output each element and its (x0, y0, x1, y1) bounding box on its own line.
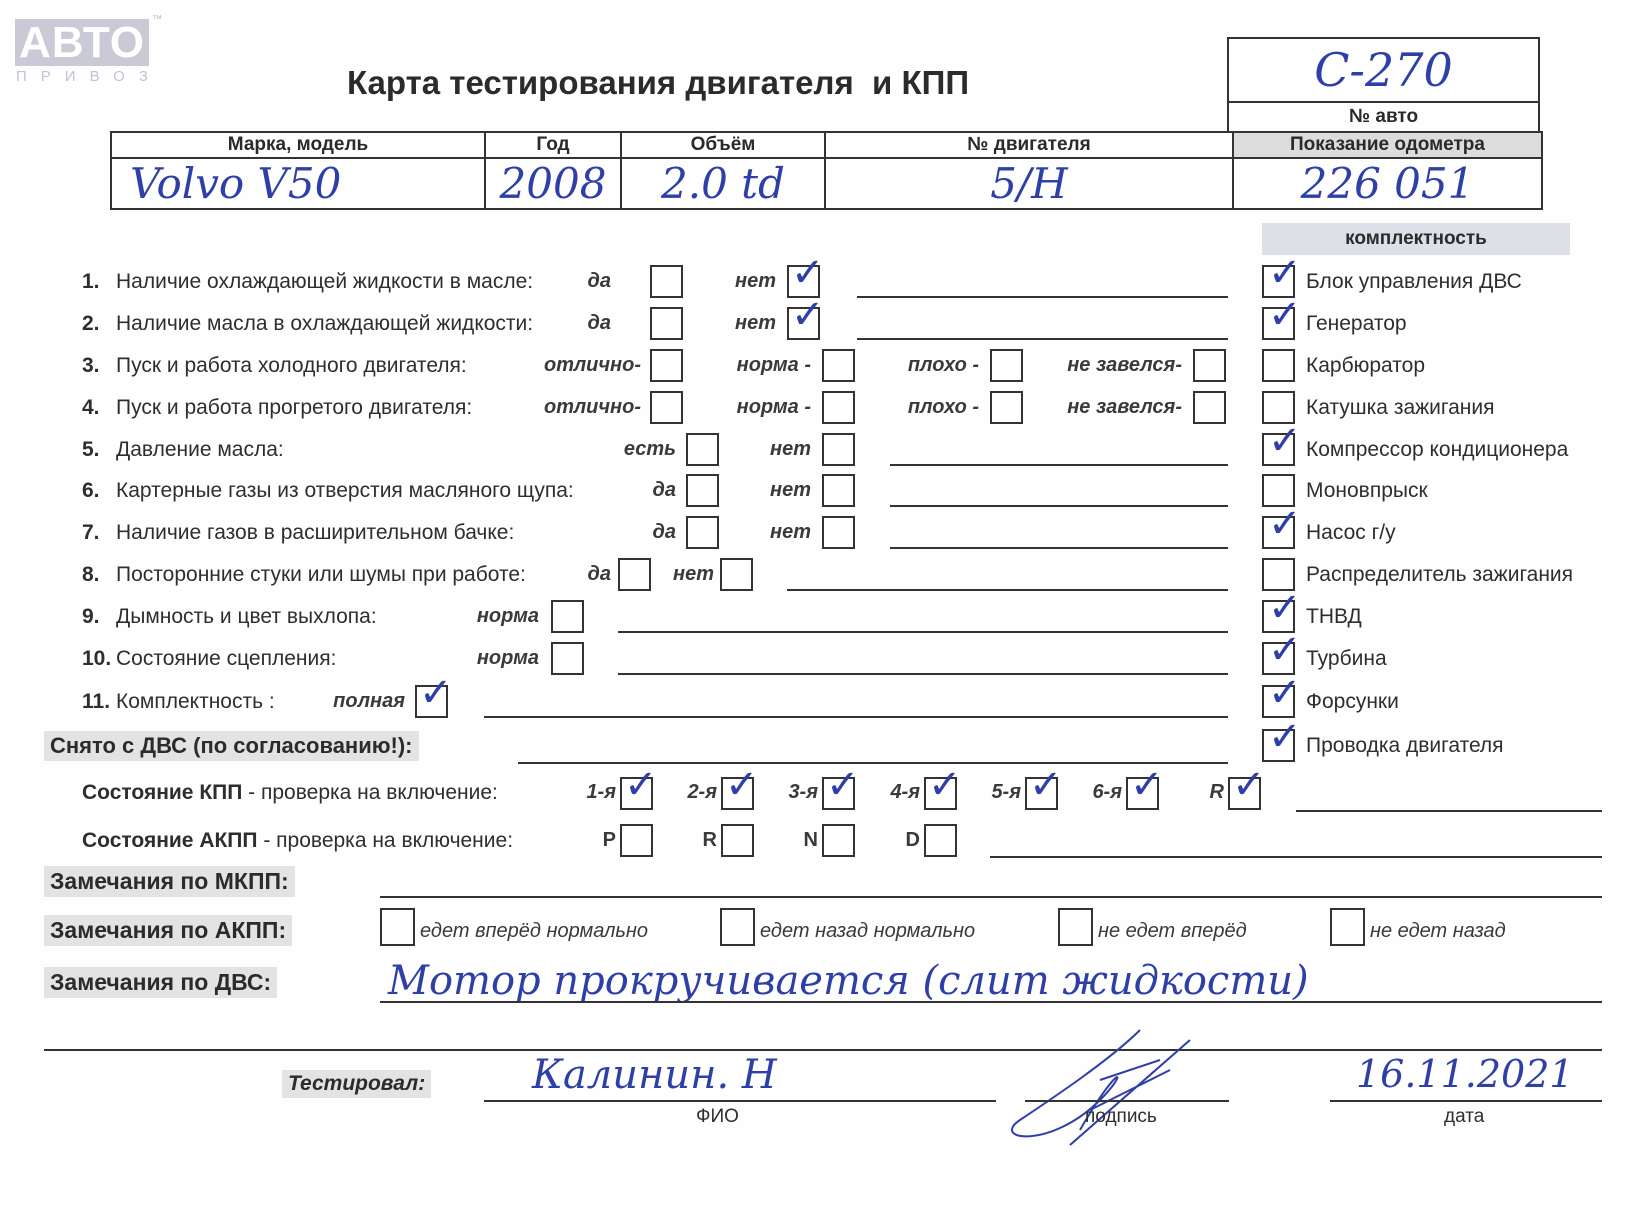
check-mark-icon: ✓ (1268, 717, 1302, 757)
gear-checkbox[interactable]: ✓ (1025, 777, 1058, 810)
gear-checkbox[interactable]: ✓ (822, 777, 855, 810)
option-checkbox[interactable] (686, 474, 719, 507)
gear-checkbox[interactable]: ✓ (620, 777, 653, 810)
vehicle-info-table: Марка, модель Год Объём № двигателя Пока… (110, 131, 1543, 210)
check-mark-icon: ✓ (1130, 765, 1164, 805)
question-row: 4.Пуск и работа прогретого двигателя: (82, 396, 472, 420)
option-checkbox[interactable] (1193, 391, 1226, 424)
check-mark-icon: ✓ (826, 765, 860, 805)
option-checkbox[interactable] (822, 391, 855, 424)
check-mark-icon: ✓ (1268, 295, 1302, 335)
option-checkbox[interactable] (990, 391, 1023, 424)
completeness-item: Блок управления ДВС (1306, 270, 1522, 294)
option-checkbox[interactable] (822, 433, 855, 466)
completeness-item: Турбина (1306, 647, 1387, 671)
question-number: 4. (82, 396, 116, 420)
gear-label: 4-я (890, 781, 920, 804)
completeness-checkbox[interactable]: ✓ (1262, 516, 1295, 549)
signature-caption: подпись (1085, 1106, 1157, 1128)
completeness-item: Форсунки (1306, 690, 1399, 714)
completeness-checkbox[interactable] (1262, 349, 1295, 382)
option-label: плохо - (908, 354, 979, 377)
option-label: норма - (737, 396, 811, 419)
test-date[interactable]: 16.11.2021 (1356, 1052, 1574, 1096)
option-label: норма - (737, 354, 811, 377)
kpp-line[interactable] (1296, 810, 1602, 812)
question-text: Наличие масла в охлаждающей жидкости: (116, 312, 533, 335)
notes-line[interactable] (618, 673, 1228, 675)
question-row: 5.Давление масла: (82, 438, 284, 462)
check-mark-icon: ✓ (1268, 673, 1302, 713)
question-number: 5. (82, 438, 116, 462)
option-label: отлично- (544, 354, 641, 377)
option-label: нет (770, 521, 811, 544)
akpp-gear-label: D (906, 829, 920, 852)
akpp-remark-label: едет вперёд нормально (420, 920, 648, 943)
akpp-remarks-label: Замечания по АКПП: (44, 915, 292, 946)
signature-line (1025, 1100, 1229, 1102)
notes-line[interactable] (857, 338, 1228, 340)
option-label: да (653, 521, 677, 544)
akpp-gear-checkbox[interactable] (721, 824, 754, 857)
tested-label: Тестировал: (282, 1070, 431, 1098)
odometer-header: Показание одометра (1233, 132, 1542, 158)
completeness-item: Проводка двигателя (1306, 734, 1504, 758)
make-model-header: Марка, модель (111, 132, 485, 158)
completeness-item: Моновпрыск (1306, 479, 1428, 503)
option-checkbox[interactable] (822, 349, 855, 382)
completeness-item: Компрессор кондиционера (1306, 438, 1568, 462)
logo: АВТО (15, 19, 149, 66)
question-number: 11. (82, 690, 116, 714)
gear-checkbox[interactable]: ✓ (1126, 777, 1159, 810)
volume-header: Объём (621, 132, 825, 158)
signature[interactable] (990, 1020, 1220, 1150)
gear-label: 2-я (687, 781, 717, 804)
option-label: не завелся- (1067, 354, 1182, 377)
question-row: 6.Картерные газы из отверстия масляного … (82, 479, 574, 503)
logo-tm: ™ (152, 14, 162, 25)
odometer-value[interactable]: 226 051 (1233, 158, 1542, 209)
gear-label: 1-я (586, 781, 616, 804)
check-mark-icon: ✓ (791, 253, 825, 293)
page-title: Карта тестирования двигателя и КПП (347, 64, 969, 102)
option-checkbox[interactable] (551, 600, 584, 633)
notes-line[interactable] (484, 716, 1228, 718)
engine-number-value[interactable]: 5/H (825, 158, 1233, 209)
check-mark-icon: ✓ (791, 295, 825, 335)
notes-line[interactable] (618, 631, 1228, 633)
akpp-gear-label: N (804, 829, 818, 852)
removed-label: Снято с ДВС (по согласованию!): (44, 731, 419, 761)
question-number: 8. (82, 563, 116, 587)
question-number: 10. (82, 647, 116, 671)
akpp-label: Состояние АКПП - проверка на включение: (82, 829, 513, 853)
option-checkbox[interactable] (990, 349, 1023, 382)
date-caption: дата (1444, 1106, 1484, 1128)
question-row: 11.Комплектность : (82, 690, 275, 714)
date-line (1330, 1100, 1602, 1102)
check-mark-icon: ✓ (928, 765, 962, 805)
option-checkbox[interactable] (720, 558, 753, 591)
check-mark-icon: ✓ (1268, 588, 1302, 628)
question-number: 1. (82, 270, 116, 294)
question-text: Пуск и работа прогретого двигателя: (116, 396, 472, 419)
notes-line[interactable] (857, 296, 1228, 298)
logo-subtitle: ПРИВОЗ (16, 68, 162, 85)
auto-number-value: С-270 (1229, 39, 1538, 103)
completeness-item: Распределитель зажигания (1306, 563, 1573, 587)
check-mark-icon: ✓ (1268, 630, 1302, 670)
question-number: 7. (82, 521, 116, 545)
check-mark-icon: ✓ (1268, 421, 1302, 461)
akpp-remark-checkbox[interactable] (380, 908, 415, 946)
akpp-gear-checkbox[interactable] (924, 824, 957, 857)
divider (44, 1049, 1602, 1051)
question-row: 7.Наличие газов в расширительном бачке: (82, 521, 514, 545)
question-text: Давление масла: (116, 438, 284, 461)
check-mark-icon: ✓ (419, 673, 453, 713)
option-label: не завелся- (1067, 396, 1182, 419)
dvs-remarks-line (380, 1001, 1602, 1003)
question-row: 1.Наличие охлаждающей жидкости в масле: (82, 270, 533, 294)
question-row: 8.Посторонние стуки или шумы при работе: (82, 563, 526, 587)
option-checkbox[interactable] (650, 349, 683, 382)
akpp-gear-label: P (603, 829, 616, 852)
completeness-item: ТНВД (1306, 605, 1362, 629)
completeness-item: Генератор (1306, 312, 1407, 336)
engine-number-header: № двигателя (825, 132, 1233, 158)
gear-label: 6-я (1092, 781, 1122, 804)
question-text: Наличие охлаждающей жидкости в масле: (116, 270, 533, 293)
mkpp-remarks-line[interactable] (380, 896, 1602, 898)
akpp-remark-label: не едет вперёд (1098, 920, 1247, 943)
check-mark-icon: ✓ (1232, 765, 1266, 805)
question-number: 6. (82, 479, 116, 503)
option-label: да (653, 479, 677, 502)
question-number: 2. (82, 312, 116, 336)
question-text: Состояние сцепления: (116, 647, 336, 670)
check-mark-icon: ✓ (725, 765, 759, 805)
akpp-gear-label: R (703, 829, 717, 852)
akpp-remark-checkbox[interactable] (720, 908, 755, 946)
akpp-remark-checkbox[interactable] (1330, 908, 1365, 946)
option-checkbox[interactable] (686, 433, 719, 466)
akpp-label-bold: Состояние АКПП (82, 829, 258, 852)
option-label: нет (735, 270, 776, 293)
completeness-checkbox[interactable]: ✓ (1262, 729, 1295, 762)
completeness-checkbox[interactable]: ✓ (1262, 307, 1295, 340)
option-checkbox[interactable]: ✓ (787, 307, 820, 340)
name-caption: ФИО (696, 1106, 739, 1128)
option-checkbox[interactable] (618, 558, 651, 591)
option-label: норма (477, 647, 539, 670)
option-checkbox[interactable] (686, 516, 719, 549)
option-label: отлично- (544, 396, 641, 419)
question-text: Дымность и цвет выхлопа: (116, 605, 377, 628)
question-number: 9. (82, 605, 116, 629)
question-text: Картерные газы из отверстия масляного щу… (116, 479, 574, 502)
completeness-checkbox[interactable]: ✓ (1262, 433, 1295, 466)
option-label: есть (624, 438, 676, 461)
completeness-heading: комплектность (1262, 223, 1570, 255)
question-row: 10.Состояние сцепления: (82, 647, 336, 671)
auto-number-label: № авто (1229, 103, 1538, 131)
option-label: да (588, 312, 612, 335)
option-label: норма (477, 605, 539, 628)
year-value[interactable]: 2008 (485, 158, 621, 209)
option-checkbox[interactable] (650, 391, 683, 424)
completeness-item: Карбюратор (1306, 354, 1425, 378)
mkpp-remarks-label: Замечания по МКПП: (44, 866, 295, 897)
check-mark-icon: ✓ (1029, 765, 1063, 805)
question-text: Комплектность : (116, 690, 275, 713)
option-label: нет (673, 563, 714, 586)
option-checkbox[interactable]: ✓ (415, 685, 448, 718)
option-checkbox[interactable] (650, 265, 683, 298)
gear-label: R (1210, 781, 1224, 804)
akpp-remark-label: не едет назад (1370, 920, 1506, 943)
completeness-item: Катушка зажигания (1306, 396, 1494, 420)
akpp-remark-label: едет назад нормально (760, 920, 975, 943)
question-row: 3.Пуск и работа холодного двигателя: (82, 354, 467, 378)
akpp-label-rest: - проверка на включение: (258, 829, 514, 852)
auto-number-box: С-270 № авто (1227, 37, 1540, 133)
gear-checkbox[interactable]: ✓ (1228, 777, 1261, 810)
year-header: Год (485, 132, 621, 158)
notes-line[interactable] (890, 464, 1228, 466)
question-number: 3. (82, 354, 116, 378)
option-checkbox[interactable] (1193, 349, 1226, 382)
question-text: Наличие газов в расширительном бачке: (116, 521, 514, 544)
akpp-line[interactable] (990, 856, 1602, 858)
option-label: нет (735, 312, 776, 335)
option-label: да (588, 270, 612, 293)
gear-label: 3-я (788, 781, 818, 804)
option-checkbox[interactable] (551, 642, 584, 675)
question-text: Посторонние стуки или шумы при работе: (116, 563, 526, 586)
make-model-value[interactable]: Volvo V50 (111, 158, 485, 209)
check-mark-icon: ✓ (1268, 253, 1302, 293)
notes-line[interactable] (890, 505, 1228, 507)
option-checkbox[interactable] (822, 516, 855, 549)
kpp-label: Состояние КПП - проверка на включение: (82, 781, 498, 805)
akpp-remark-checkbox[interactable] (1058, 908, 1093, 946)
option-label: полная (333, 690, 405, 713)
tester-name[interactable]: Калинин. Н (532, 1052, 777, 1098)
name-line (484, 1100, 996, 1102)
option-label: нет (770, 479, 811, 502)
option-label: плохо - (908, 396, 979, 419)
option-label: нет (770, 438, 811, 461)
kpp-label-bold: Состояние КПП (82, 781, 242, 804)
option-label: да (588, 563, 612, 586)
check-mark-icon: ✓ (624, 765, 658, 805)
akpp-gear-checkbox[interactable] (822, 824, 855, 857)
dvs-remarks-label: Замечания по ДВС: (44, 967, 277, 998)
check-mark-icon: ✓ (1268, 504, 1302, 544)
gear-checkbox[interactable]: ✓ (721, 777, 754, 810)
completeness-item: Насос г/у (1306, 521, 1396, 545)
akpp-gear-checkbox[interactable] (620, 824, 653, 857)
kpp-label-rest: - проверка на включение: (242, 781, 498, 804)
option-checkbox[interactable] (650, 307, 683, 340)
notes-line[interactable] (787, 589, 1228, 591)
question-row: 2.Наличие масла в охлаждающей жидкости: (82, 312, 533, 336)
notes-line[interactable] (890, 547, 1228, 549)
question-text: Пуск и работа холодного двигателя: (116, 354, 467, 377)
dvs-remarks-value[interactable]: Мотор прокручивается (слит жидкости) (388, 958, 1309, 1004)
gear-label: 5-я (991, 781, 1021, 804)
volume-value[interactable]: 2.0 td (621, 158, 825, 209)
gear-checkbox[interactable]: ✓ (924, 777, 957, 810)
question-row: 9.Дымность и цвет выхлопа: (82, 605, 377, 629)
option-checkbox[interactable] (822, 474, 855, 507)
